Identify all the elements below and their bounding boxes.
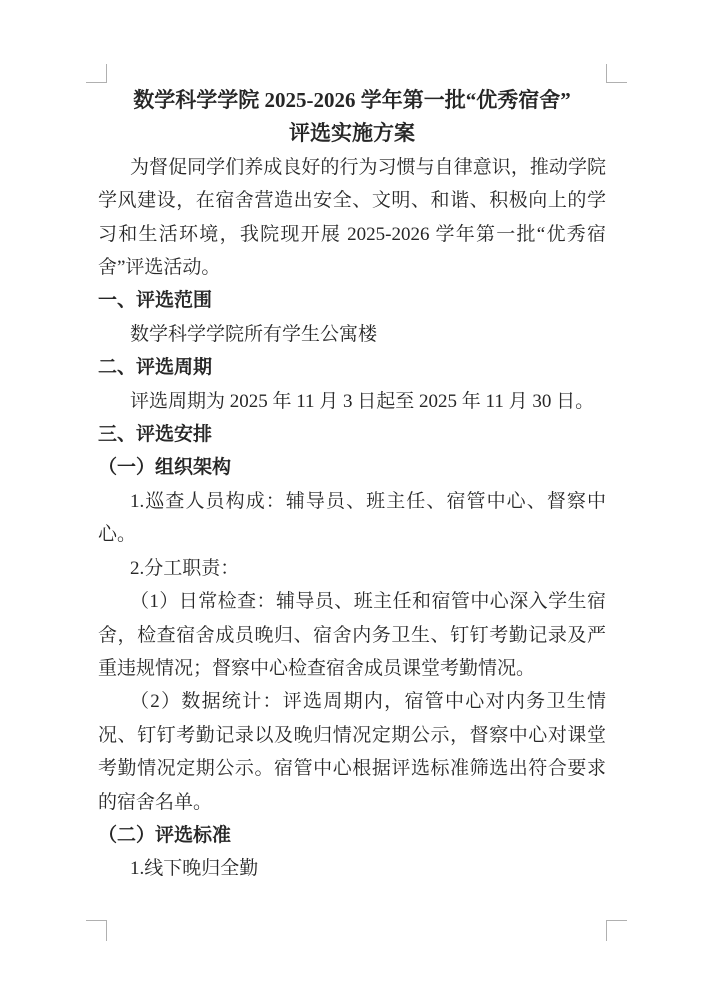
crop-mark-bottom-right <box>606 920 627 941</box>
crop-mark-top-left <box>86 64 107 83</box>
duty-division-text: 2.分工职责： <box>98 552 606 585</box>
document-page: 数学科学学院 2025-2026 学年第一批“优秀宿舍” 评选实施方案 为督促同… <box>0 0 713 1007</box>
inspector-composition-text: 1.巡查人员构成：辅导员、班主任、宿管中心、督察中心。 <box>98 485 606 552</box>
criteria-item-text: 1.线下晚归全勤 <box>98 852 606 885</box>
page-title-line-1: 数学科学学院 2025-2026 学年第一批“优秀宿舍” <box>98 84 606 117</box>
subsection-heading-structure: （一）组织架构 <box>98 451 606 484</box>
section-heading-arrangement: 三、评选安排 <box>98 418 606 451</box>
scope-text: 数学科学学院所有学生公寓楼 <box>98 318 606 351</box>
section-heading-scope: 一、评选范围 <box>98 284 606 317</box>
intro-paragraph: 为督促同学们养成良好的行为习惯与自律意识，推动学院学风建设，在宿舍营造出安全、文… <box>98 151 606 285</box>
page-title-line-2: 评选实施方案 <box>98 117 606 150</box>
crop-mark-bottom-left <box>86 920 107 941</box>
period-text: 评选周期为 2025 年 11 月 3 日起至 2025 年 11 月 30 日… <box>98 385 606 418</box>
subsection-heading-criteria: （二）评选标准 <box>98 819 606 852</box>
crop-mark-top-right <box>606 64 627 83</box>
section-heading-period: 二、评选周期 <box>98 351 606 384</box>
document-body: 数学科学学院 2025-2026 学年第一批“优秀宿舍” 评选实施方案 为督促同… <box>98 84 606 886</box>
daily-check-text: （1）日常检查：辅导员、班主任和宿管中心深入学生宿舍，检查宿舍成员晚归、宿舍内务… <box>98 585 606 685</box>
data-statistics-text: （2）数据统计：评选周期内，宿管中心对内务卫生情况、钉钉考勤记录以及晚归情况定期… <box>98 685 606 819</box>
